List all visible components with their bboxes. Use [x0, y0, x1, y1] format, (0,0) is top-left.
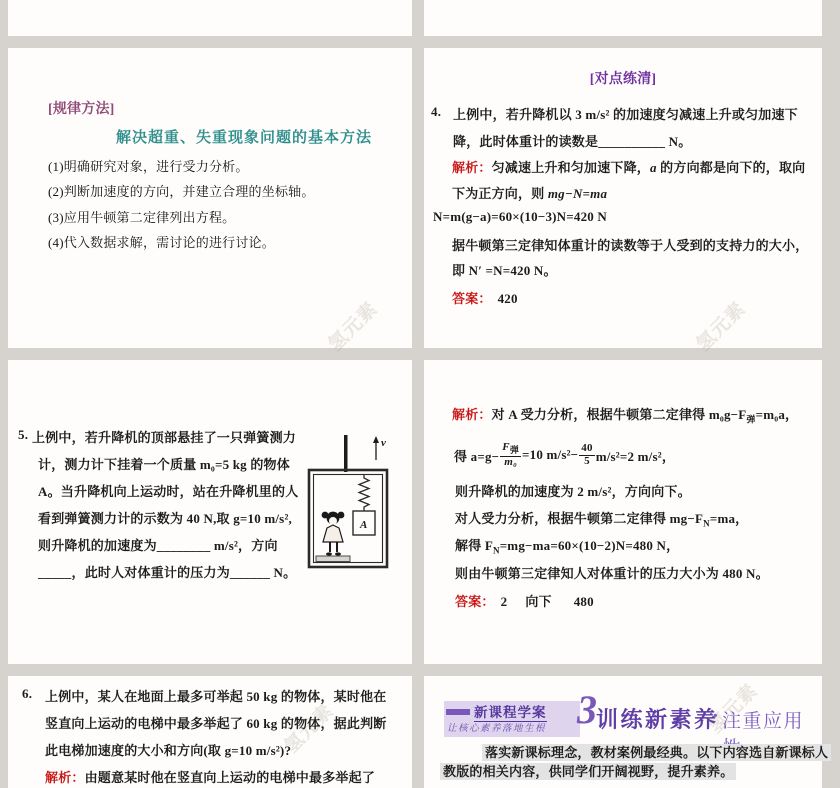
analysis-line: 下为正方向，则 mg−N=ma	[452, 183, 607, 202]
fraction: F弹 m₀	[500, 442, 521, 468]
block-A-label: A	[359, 519, 367, 531]
analysis-text: 的方向都是向下的，取向	[657, 160, 806, 175]
analysis-text: =mg−ma=60×(10−2)N=480 N，	[500, 538, 680, 553]
brand-logo: 新课程学案 让核心素养落地生根	[444, 701, 580, 737]
analysis-text: 下为正方向，则	[452, 186, 548, 201]
slide-a5: 解析：对 A 受力分析，根据牛顿第二定律得 m₀g−F弹=m₀a， 得 a=g−…	[424, 360, 822, 664]
banner-dot: ·	[712, 705, 719, 728]
question-line: 上例中，某人在地面上最多可举起 50 kg 的物体，某时他在	[45, 686, 386, 705]
fraction-numerator: F	[502, 441, 510, 453]
question-line: 看到弹簧测力计的示数为 40 N,取 g=10 m/s²,	[38, 508, 292, 527]
answer-value: 480	[574, 594, 594, 609]
method-item: (3)应用牛顿第二定律列出方程。	[48, 207, 235, 226]
answer-value: 420	[498, 291, 518, 306]
analysis-line: 即 N′ =N=420 N。	[452, 260, 557, 279]
variable-a: a	[650, 160, 657, 175]
section-tag: [对点练清]	[590, 68, 657, 88]
method-title: 解决超重、失重现象问题的基本方法	[116, 126, 372, 147]
slide-practice-q4: [对点练清] 4. 上例中，若升降机以 3 m/s² 的加速度匀减速上升或匀加速…	[424, 48, 822, 348]
answer-value: 向下	[525, 594, 551, 609]
question-line: 计，测力计下挂着一个质量 m₀=5 kg 的物体	[38, 454, 290, 473]
fraction-numerator: 40	[579, 443, 594, 455]
question-line: 降，此时体重计的读数是__________ N。	[453, 131, 691, 150]
brand-slogan: 让核心素养落地生根	[444, 720, 580, 734]
subscript: N	[703, 519, 710, 529]
analysis-line: 解得 FN=mg−ma=60×(10−2)N=480 N，	[455, 535, 679, 556]
analysis-label: 解析：	[452, 160, 492, 175]
fraction-denominator: 5	[579, 455, 594, 468]
slide-top-left-partial	[8, 0, 412, 36]
analysis-line: 则由牛顿第三定律知人对体重计的压力大小为 480 N。	[455, 563, 769, 582]
section-tag: [规律方法]	[48, 98, 115, 118]
method-item: (2)判断加速度的方向，并建立合理的坐标轴。	[48, 181, 315, 200]
analysis-line: 据牛顿第三定律知体重计的读数等于人受到的支持力的大小，	[452, 235, 808, 254]
slide-banner: 新课程学案 让核心素养落地生根 3 训练新素养 · 注重应用性 落实新课标理念，…	[424, 676, 822, 788]
spring-icon	[359, 475, 369, 511]
answer-line: 答案：2向下480	[455, 591, 594, 610]
slide-q6: 6. 上例中，某人在地面上最多可举起 50 kg 的物体，某时他在 竖直向上运动…	[8, 676, 412, 788]
slide-rule-method: [规律方法] 解决超重、失重现象问题的基本方法 (1)明确研究对象，进行受力分析…	[8, 48, 412, 348]
question-line: A。当升降机向上运动时，站在升降机里的人	[38, 481, 298, 500]
person-icon	[322, 512, 345, 556]
analysis-text: 匀减速上升和匀加速下降，	[492, 160, 650, 175]
analysis-text: 对人受力分析，根据牛顿第二定律得 mg−F	[455, 511, 703, 526]
section-number: 3	[577, 690, 597, 730]
question-number: 5.	[18, 427, 28, 443]
question-line: 则升降机的加速度为________ m/s²，方向	[38, 535, 278, 554]
answer-label: 答案：	[452, 291, 492, 306]
subscript: 弹	[746, 415, 755, 425]
slide-preview-page: [规律方法] 解决超重、失重现象问题的基本方法 (1)明确研究对象，进行受力分析…	[0, 0, 840, 788]
question-line: _____，此时人对体重计的压力为______ N。	[38, 562, 296, 581]
analysis-text: 解得 F	[455, 538, 493, 553]
question-number: 4.	[431, 104, 441, 120]
formula-line: 得 a=g− F弹 m₀ =10 m/s²− 40 5 m/s²=2 m/s²，	[454, 438, 675, 472]
velocity-label: v	[381, 437, 386, 449]
slide-q5: 5. 上例中，若升降机的顶部悬挂了一只弹簧测力 计，测力计下挂着一个质量 m₀=…	[8, 360, 412, 664]
question-number: 6.	[22, 686, 32, 702]
analysis-line: 解析：匀减速上升和匀加速下降，a 的方向都是向下的，取向	[452, 157, 805, 176]
fraction-denominator: m₀	[500, 456, 521, 469]
question-line: 上例中，若升降机的顶部悬挂了一只弹簧测力	[32, 427, 296, 446]
elevator-diagram: v A	[300, 430, 412, 576]
answer-line: 答案：420	[452, 288, 518, 307]
subscript: N	[493, 546, 500, 556]
question-line: 上例中，若升降机以 3 m/s² 的加速度匀减速上升或匀加速下	[453, 104, 798, 123]
analysis-line: 解析：由题意某时他在竖直向上运动的电梯中最多举起了	[45, 767, 375, 786]
logo-bar-icon	[446, 709, 470, 715]
formula-text: m/s²=2 m/s²，	[596, 446, 675, 465]
intro-line: 教版的相关内容，供同学们开阔视野，提升素养。	[440, 761, 736, 780]
intro-text: 教版的相关内容，供同学们开阔视野，提升素养。	[440, 763, 736, 780]
analysis-label: 解析：	[452, 407, 492, 422]
analysis-line: 对人受力分析，根据牛顿第二定律得 mg−FN=ma，	[455, 508, 748, 529]
slide-top-right-partial	[424, 0, 822, 36]
intro-line: 落实新课标理念，教材案例最经典。以下内容选自新课标人	[482, 742, 831, 761]
brand-name: 新课程学案	[474, 701, 547, 722]
answer-label: 答案：	[455, 594, 495, 609]
analysis-label: 解析：	[45, 770, 85, 785]
intro-text: 落实新课标理念，教材案例最经典。以下内容选自新课标人	[482, 744, 831, 761]
method-item: (4)代入数据求解，需讨论的进行讨论。	[48, 232, 275, 251]
formula-line: N=m(g−a)=60×(10−3)N=420 N	[433, 209, 607, 225]
analysis-line: 解析：对 A 受力分析，根据牛顿第二定律得 m₀g−F弹=m₀a，	[452, 404, 798, 426]
scale-platform	[316, 556, 350, 562]
banner-title: 训练新素养	[596, 703, 719, 734]
formula-text: 得 a=g−	[454, 446, 499, 465]
formula: mg−N=ma	[548, 186, 607, 201]
velocity-arrowhead	[373, 436, 379, 443]
method-item: (1)明确研究对象，进行受力分析。	[48, 156, 249, 175]
question-line: 竖直向上运动的电梯中最多举起了 60 kg 的物体，据此判断	[45, 713, 386, 732]
fraction: 40 5	[579, 443, 594, 467]
analysis-text: 由题意某时他在竖直向上运动的电梯中最多举起了	[85, 770, 375, 785]
analysis-text: =m₀a，	[756, 407, 799, 422]
analysis-text: =ma，	[710, 511, 749, 526]
analysis-line: 则升降机的加速度为 2 m/s²，方向向下。	[455, 481, 691, 500]
answer-value: 2	[501, 594, 508, 609]
analysis-text: 对 A 受力分析，根据牛顿第二定律得 m₀g−F	[492, 407, 747, 422]
elevator-cable	[344, 435, 348, 472]
formula-text: =10 m/s²−	[522, 447, 578, 463]
subscript: 弹	[510, 445, 519, 455]
question-line: 此电梯加速度的大小和方向(取 g=10 m/s²)?	[45, 740, 291, 759]
